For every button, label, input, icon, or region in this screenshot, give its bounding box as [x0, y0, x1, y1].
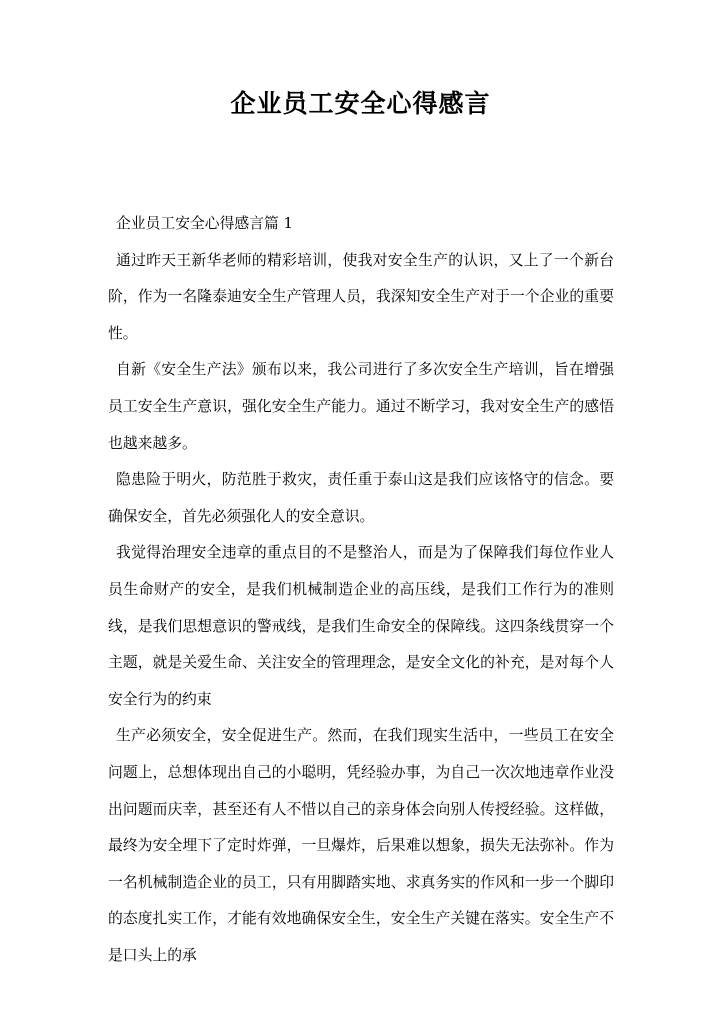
paragraph-2: 自新《安全生产法》颁布以来，我公司进行了多次安全生产培训，旨在增强员工安全生产意…	[108, 352, 614, 462]
paragraph-5: 生产必须安全，安全促进生产。然而，在我们现实生活中，一些员工在安全问题上，总想体…	[108, 718, 614, 974]
document-title: 企业员工安全心得感言	[0, 86, 721, 122]
document-page: 企业员工安全心得感言 企业员工安全心得感言篇 1 通过昨天王新华老师的精彩培训，…	[0, 0, 721, 1020]
document-body: 企业员工安全心得感言篇 1 通过昨天王新华老师的精彩培训，使我对安全生产的认识，…	[108, 206, 614, 974]
paragraph-4: 我觉得治理安全违章的重点目的不是整治人，而是为了保障我们每位作业人员生命财产的安…	[108, 535, 614, 718]
paragraph-1: 通过昨天王新华老师的精彩培训，使我对安全生产的认识，又上了一个新台阶，作为一名隆…	[108, 243, 614, 353]
paragraph-3: 隐患险于明火，防范胜于救灾，责任重于泰山这是我们应该恪守的信念。要确保安全，首先…	[108, 462, 614, 535]
section-heading: 企业员工安全心得感言篇 1	[108, 206, 614, 243]
